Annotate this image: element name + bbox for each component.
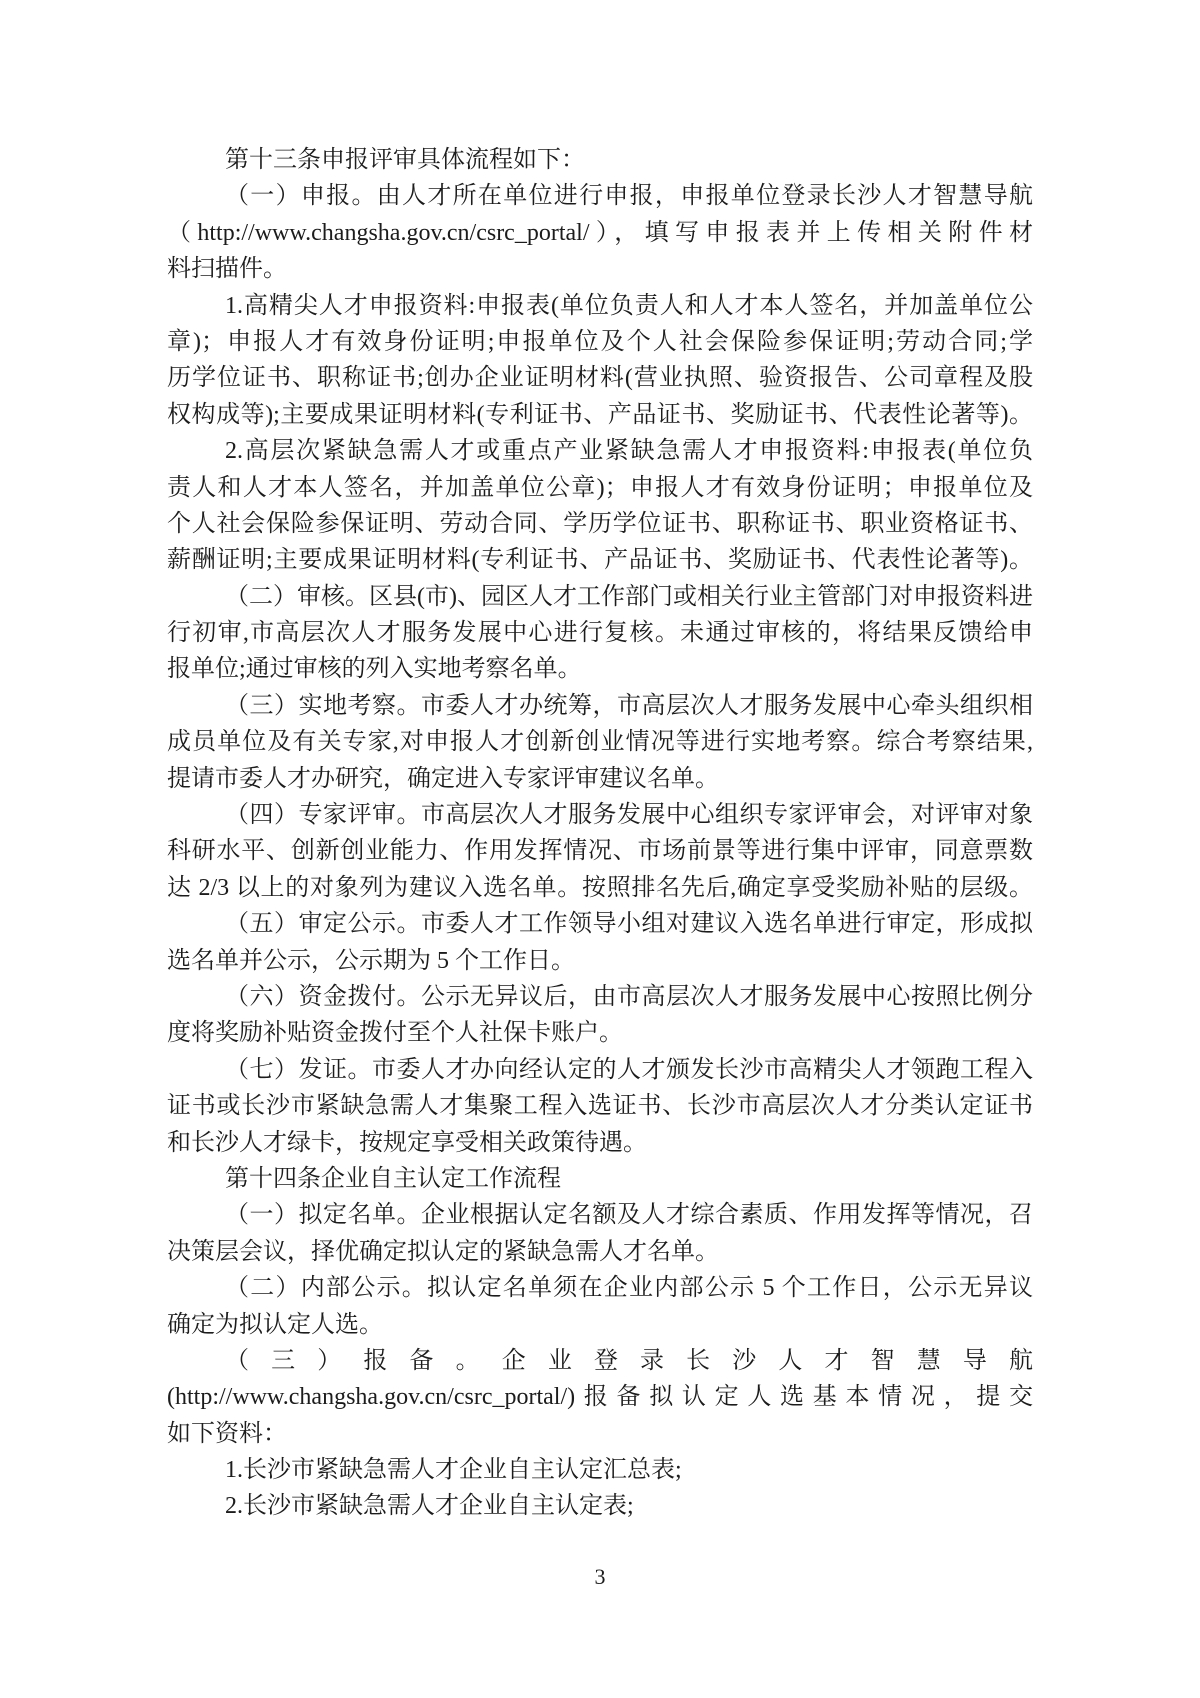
text-line: （二）内部公示。拟认定名单须在企业内部公示 5 个工作日，公示无异议的， bbox=[167, 1270, 1033, 1306]
page-number: 3 bbox=[0, 1562, 1200, 1592]
text-line: （三）报备。企业登录长沙人才智慧导航 bbox=[167, 1343, 1033, 1379]
text-line: 第十三条申报评审具体流程如下： bbox=[167, 142, 1033, 178]
text-line: 行初审,市高层次人才服务发展中心进行复核。未通过审核的，将结果反馈给申 bbox=[167, 615, 1033, 651]
text-line: 1.长沙市紧缺急需人才企业自主认定汇总表; bbox=[167, 1452, 1033, 1488]
text-line: 历学位证书、职称证书;创办企业证明材料(营业执照、验资报告、公司章程及股 bbox=[167, 360, 1033, 396]
text-line: 1.高精尖人才申报资料:申报表(单位负责人和人才本人签名，并加盖单位公 bbox=[167, 288, 1033, 324]
text-line: 成员单位及有关专家,对申报人才创新创业情况等进行实地考察。综合考察结果, bbox=[167, 724, 1033, 760]
text-line: 和长沙人才绿卡，按规定享受相关政策待遇。 bbox=[167, 1125, 1033, 1161]
text-line: （四）专家评审。市高层次人才服务发展中心组织专家评审会，对评审对象的 bbox=[167, 797, 1033, 833]
text-line: （七）发证。市委人才办向经认定的人才颁发长沙市高精尖人才领跑工程入选 bbox=[167, 1052, 1033, 1088]
text-line: 料扫描件。 bbox=[167, 251, 1033, 287]
text-line: 责人和人才本人签名，并加盖单位公章)；申报人才有效身份证明；申报单位及 bbox=[167, 470, 1033, 506]
document-body: 第十三条申报评审具体流程如下： （一）申报。由人才所在单位进行申报，申报单位登录… bbox=[167, 142, 1033, 1525]
text-line: （一）申报。由人才所在单位进行申报，申报单位登录长沙人才智慧导航 bbox=[167, 178, 1033, 214]
text-line: 确定为拟认定人选。 bbox=[167, 1307, 1033, 1343]
text-line: 决策层会议，择优确定拟认定的紧缺急需人才名单。 bbox=[167, 1234, 1033, 1270]
text-line: （三）实地考察。市委人才办统筹，市高层次人才服务发展中心牵头组织相关 bbox=[167, 688, 1033, 724]
text-line: （二）审核。区县(市)、园区人才工作部门或相关行业主管部门对申报资料进 bbox=[167, 579, 1033, 615]
text-line: 2.长沙市紧缺急需人才企业自主认定表; bbox=[167, 1488, 1033, 1524]
text-line: 章)；申报人才有效身份证明;申报单位及个人社会保险参保证明;劳动合同;学 bbox=[167, 324, 1033, 360]
text-line: (http://www.changsha.gov.cn/csrc_portal/… bbox=[167, 1379, 1033, 1415]
text-line: 报单位;通过审核的列入实地考察名单。 bbox=[167, 651, 1033, 687]
text-line: （五）审定公示。市委人才工作领导小组对建议入选名单进行审定，形成拟入 bbox=[167, 906, 1033, 942]
text-line: 证书或长沙市紧缺急需人才集聚工程入选证书、长沙市高层次人才分类认定证书 bbox=[167, 1088, 1033, 1124]
text-line: （一）拟定名单。企业根据认定名额及人才综合素质、作用发挥等情况，召开 bbox=[167, 1197, 1033, 1233]
text-line: 度将奖励补贴资金拨付至个人社保卡账户。 bbox=[167, 1015, 1033, 1051]
text-line: 提请市委人才办研究，确定进入专家评审建议名单。 bbox=[167, 761, 1033, 797]
text-line: （http://www.changsha.gov.cn/csrc_portal/… bbox=[167, 215, 1033, 251]
text-line: 薪酬证明;主要成果证明材料(专利证书、产品证书、奖励证书、代表性论著等)。 bbox=[167, 542, 1033, 578]
text-line: 如下资料： bbox=[167, 1416, 1033, 1452]
text-line: 权构成等);主要成果证明材料(专利证书、产品证书、奖励证书、代表性论著等)。 bbox=[167, 397, 1033, 433]
text-line: 2.高层次紧缺急需人才或重点产业紧缺急需人才申报资料:申报表(单位负 bbox=[167, 433, 1033, 469]
text-line: 科研水平、创新创业能力、作用发挥情况、市场前景等进行集中评审，同意票数 bbox=[167, 833, 1033, 869]
document-page: 第十三条申报评审具体流程如下： （一）申报。由人才所在单位进行申报，申报单位登录… bbox=[0, 0, 1200, 1698]
text-line: 第十四条企业自主认定工作流程 bbox=[167, 1161, 1033, 1197]
text-line: 个人社会保险参保证明、劳动合同、学历学位证书、职称证书、职业资格证书、 bbox=[167, 506, 1033, 542]
text-line: 选名单并公示，公示期为 5 个工作日。 bbox=[167, 943, 1033, 979]
text-line: 达 2/3 以上的对象列为建议入选名单。按照排名先后,确定享受奖励补贴的层级。 bbox=[167, 870, 1033, 906]
text-line: （六）资金拨付。公示无异议后，由市高层次人才服务发展中心按照比例分年 bbox=[167, 979, 1033, 1015]
